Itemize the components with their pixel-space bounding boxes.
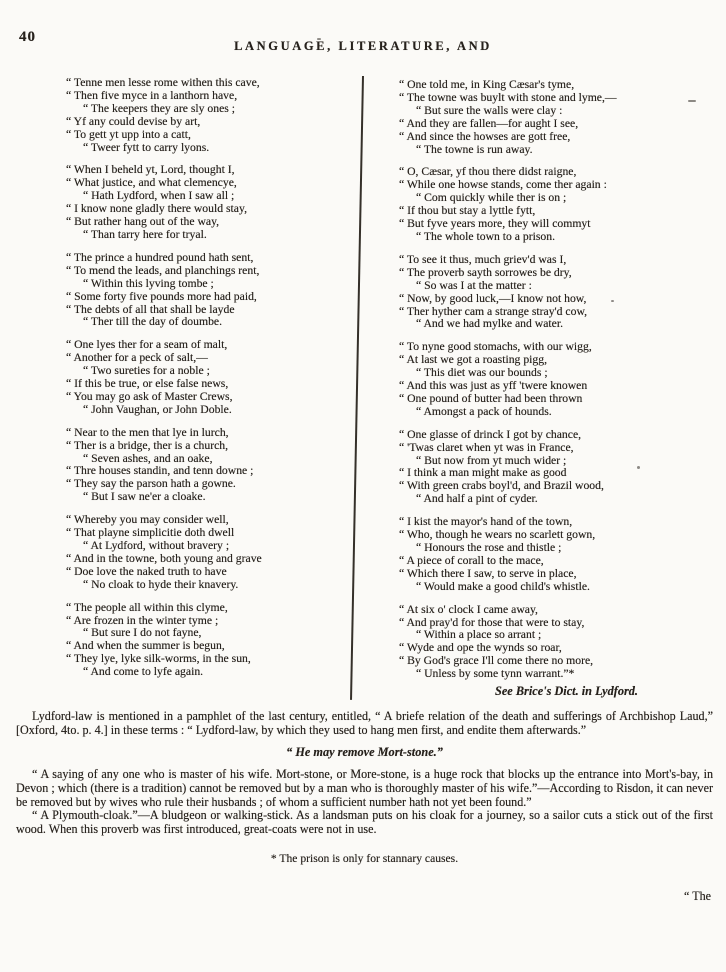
stanza: “ To see it thus, much griev'd was I,“ T… (399, 254, 714, 331)
poem-line: “ The keepers they are sly ones ; (66, 103, 371, 116)
poem-line: “ To mend the leads, and planchings rent… (66, 265, 371, 278)
poem-line: “ 'Twas claret when yt was in France, (399, 442, 714, 455)
poem-line: “ The towne is run away. (399, 144, 714, 157)
poem-line: “ Some forty five pounds more had paid, (66, 291, 371, 304)
note-paragraph-mort-stone: “ A saying of any one who is master of h… (16, 768, 713, 809)
stanza: “ The prince a hundred pound hath sent,“… (66, 252, 371, 329)
scan-speck (317, 38, 321, 40)
stanza: “ One glasse of drinck I got by chance,“… (399, 429, 714, 506)
poem-line: “ If this be true, or else false news, (66, 378, 371, 391)
poem-line: “ And we had mylke and water. (399, 318, 714, 331)
poem-line: “ Tweer fytt to carry lyons. (66, 142, 371, 155)
scan-speck (611, 300, 614, 302)
proverb-motto: “ He may remove Mort-stone.” (16, 746, 713, 760)
poem-column-left: “ Tenne men lesse rome withen this cave,… (66, 77, 371, 689)
poem-line: “ Than tarry here for tryal. (66, 229, 371, 242)
poem-line: “ And half a pint of cyder. (399, 493, 714, 506)
poem-line: “ And they are fallen—for aught I see, (399, 118, 714, 131)
scan-speck (637, 466, 640, 469)
stanza: “ One told me, in King Cæsar's tyme,“ Th… (399, 79, 714, 156)
footnotes-section: Lydford-law is mentioned in a pamphlet o… (16, 710, 713, 865)
stanza: “ One lyes ther for a seam of malt,“ Ano… (66, 339, 371, 416)
poem-line: “ And in the towne, both young and grave (66, 553, 371, 566)
poem-line: “ Tenne men lesse rome withen this cave, (66, 77, 371, 90)
poem-line: “ No cloak to hyde their knavery. (66, 579, 371, 592)
poem-line: “ Which there I saw, to serve in place, (399, 568, 714, 581)
poem-line: “ The prince a hundred pound hath sent, (66, 252, 371, 265)
poem-line: “ One pound of butter had been thrown (399, 393, 714, 406)
stannary-footnote: * The prison is only for stannary causes… (16, 852, 713, 866)
poem-line: “ To gett yt upp into a catt, (66, 129, 371, 142)
stanza: “ At six o' clock I came away,“ And pray… (399, 604, 714, 681)
stanza: “ Tenne men lesse rome withen this cave,… (66, 77, 371, 154)
stanza: “ I kist the mayor's hand of the town,“ … (399, 516, 714, 593)
poem-line: “ One told me, in King Cæsar's tyme, (399, 79, 714, 92)
stanza: “ The people all within this clyme,“ Are… (66, 602, 371, 679)
poem-line: “ Doe love the naked truth to have (66, 566, 371, 579)
poem-line: “ And this was just as yff 'twere knowen (399, 380, 714, 393)
poem-line: “ Then five myce in a lanthorn have, (66, 90, 371, 103)
poem-line: “ To see it thus, much griev'd was I, (399, 254, 714, 267)
poem-line: “ One glasse of drinck I got by chance, (399, 429, 714, 442)
poem-line: “ Honours the rose and thistle ; (399, 542, 714, 555)
poem-line: “ Ther is a bridge, ther is a church, (66, 440, 371, 453)
catchword: “ The (684, 889, 711, 904)
poem-line: “ Within this lyving tombe ; (66, 278, 371, 291)
poem-line: “ And since the howses are gott free, (399, 131, 714, 144)
book-page: 40 LANGUAGE, LITERATURE, AND “ Tenne men… (0, 0, 726, 972)
stanza: “ Near to the men that lye in lurch,“ Th… (66, 427, 371, 504)
poem-line: “ John Vaughan, or John Doble. (66, 404, 371, 417)
scan-speck (688, 100, 696, 102)
note-paragraph-plymouth-cloak: “ A Plymouth-cloak.”—A bludgeon or walki… (16, 809, 713, 836)
poem-line: “ The whole town to a prison. (399, 231, 714, 244)
poem-line: “ The towne was buylt with stone and lym… (399, 92, 714, 105)
poem-line: “ Unless by some tynn warrant.”* (399, 668, 714, 681)
stanza: “ To nyne good stomachs, with our wigg,“… (399, 341, 714, 418)
poem-line: “ But sure the walls were clay : (399, 105, 714, 118)
poem-line: “ At Lydford, without bravery ; (66, 540, 371, 553)
poem-line: “ But I saw ne'er a cloake. (66, 491, 371, 504)
poem-line: “ Now, by good luck,—I know not how, (399, 293, 714, 306)
poem-line: “ Amongst a pack of hounds. (399, 406, 714, 419)
poem-column-right: “ One told me, in King Cæsar's tyme,“ Th… (399, 79, 714, 691)
poem-line: “ The people all within this clyme, (66, 602, 371, 615)
running-title: LANGUAGE, LITERATURE, AND (0, 39, 726, 54)
stanza: “ O, Cæsar, yf thou there didst raigne,“… (399, 166, 714, 243)
stanza: “ Whereby you may consider well,“ That p… (66, 514, 371, 591)
stanza: “ When I beheld yt, Lord, thought I,“ Wh… (66, 164, 371, 241)
poem-attribution: See Brice's Dict. in Lydford. (495, 684, 638, 699)
poem-line: “ Near to the men that lye in lurch, (66, 427, 371, 440)
poem-line: “ So was I at the matter : (399, 280, 714, 293)
poem-line: “ You may go ask of Master Crews, (66, 391, 371, 404)
poem-line: “ The proverb sayth sorrowes be dry, (399, 267, 714, 280)
poem-line: “ At six o' clock I came away, (399, 604, 714, 617)
poem-line: “ Yf any could devise by art, (66, 116, 371, 129)
poem-line: “ Ther till the day of doumbe. (66, 316, 371, 329)
poem-line: “ Would make a good child's whistle. (399, 581, 714, 594)
poem-line: “ A piece of corall to the mace, (399, 555, 714, 568)
poem-line: “ And come to lyfe again. (66, 666, 371, 679)
note-paragraph-lydford-law: Lydford-law is mentioned in a pamphlet o… (16, 710, 713, 737)
